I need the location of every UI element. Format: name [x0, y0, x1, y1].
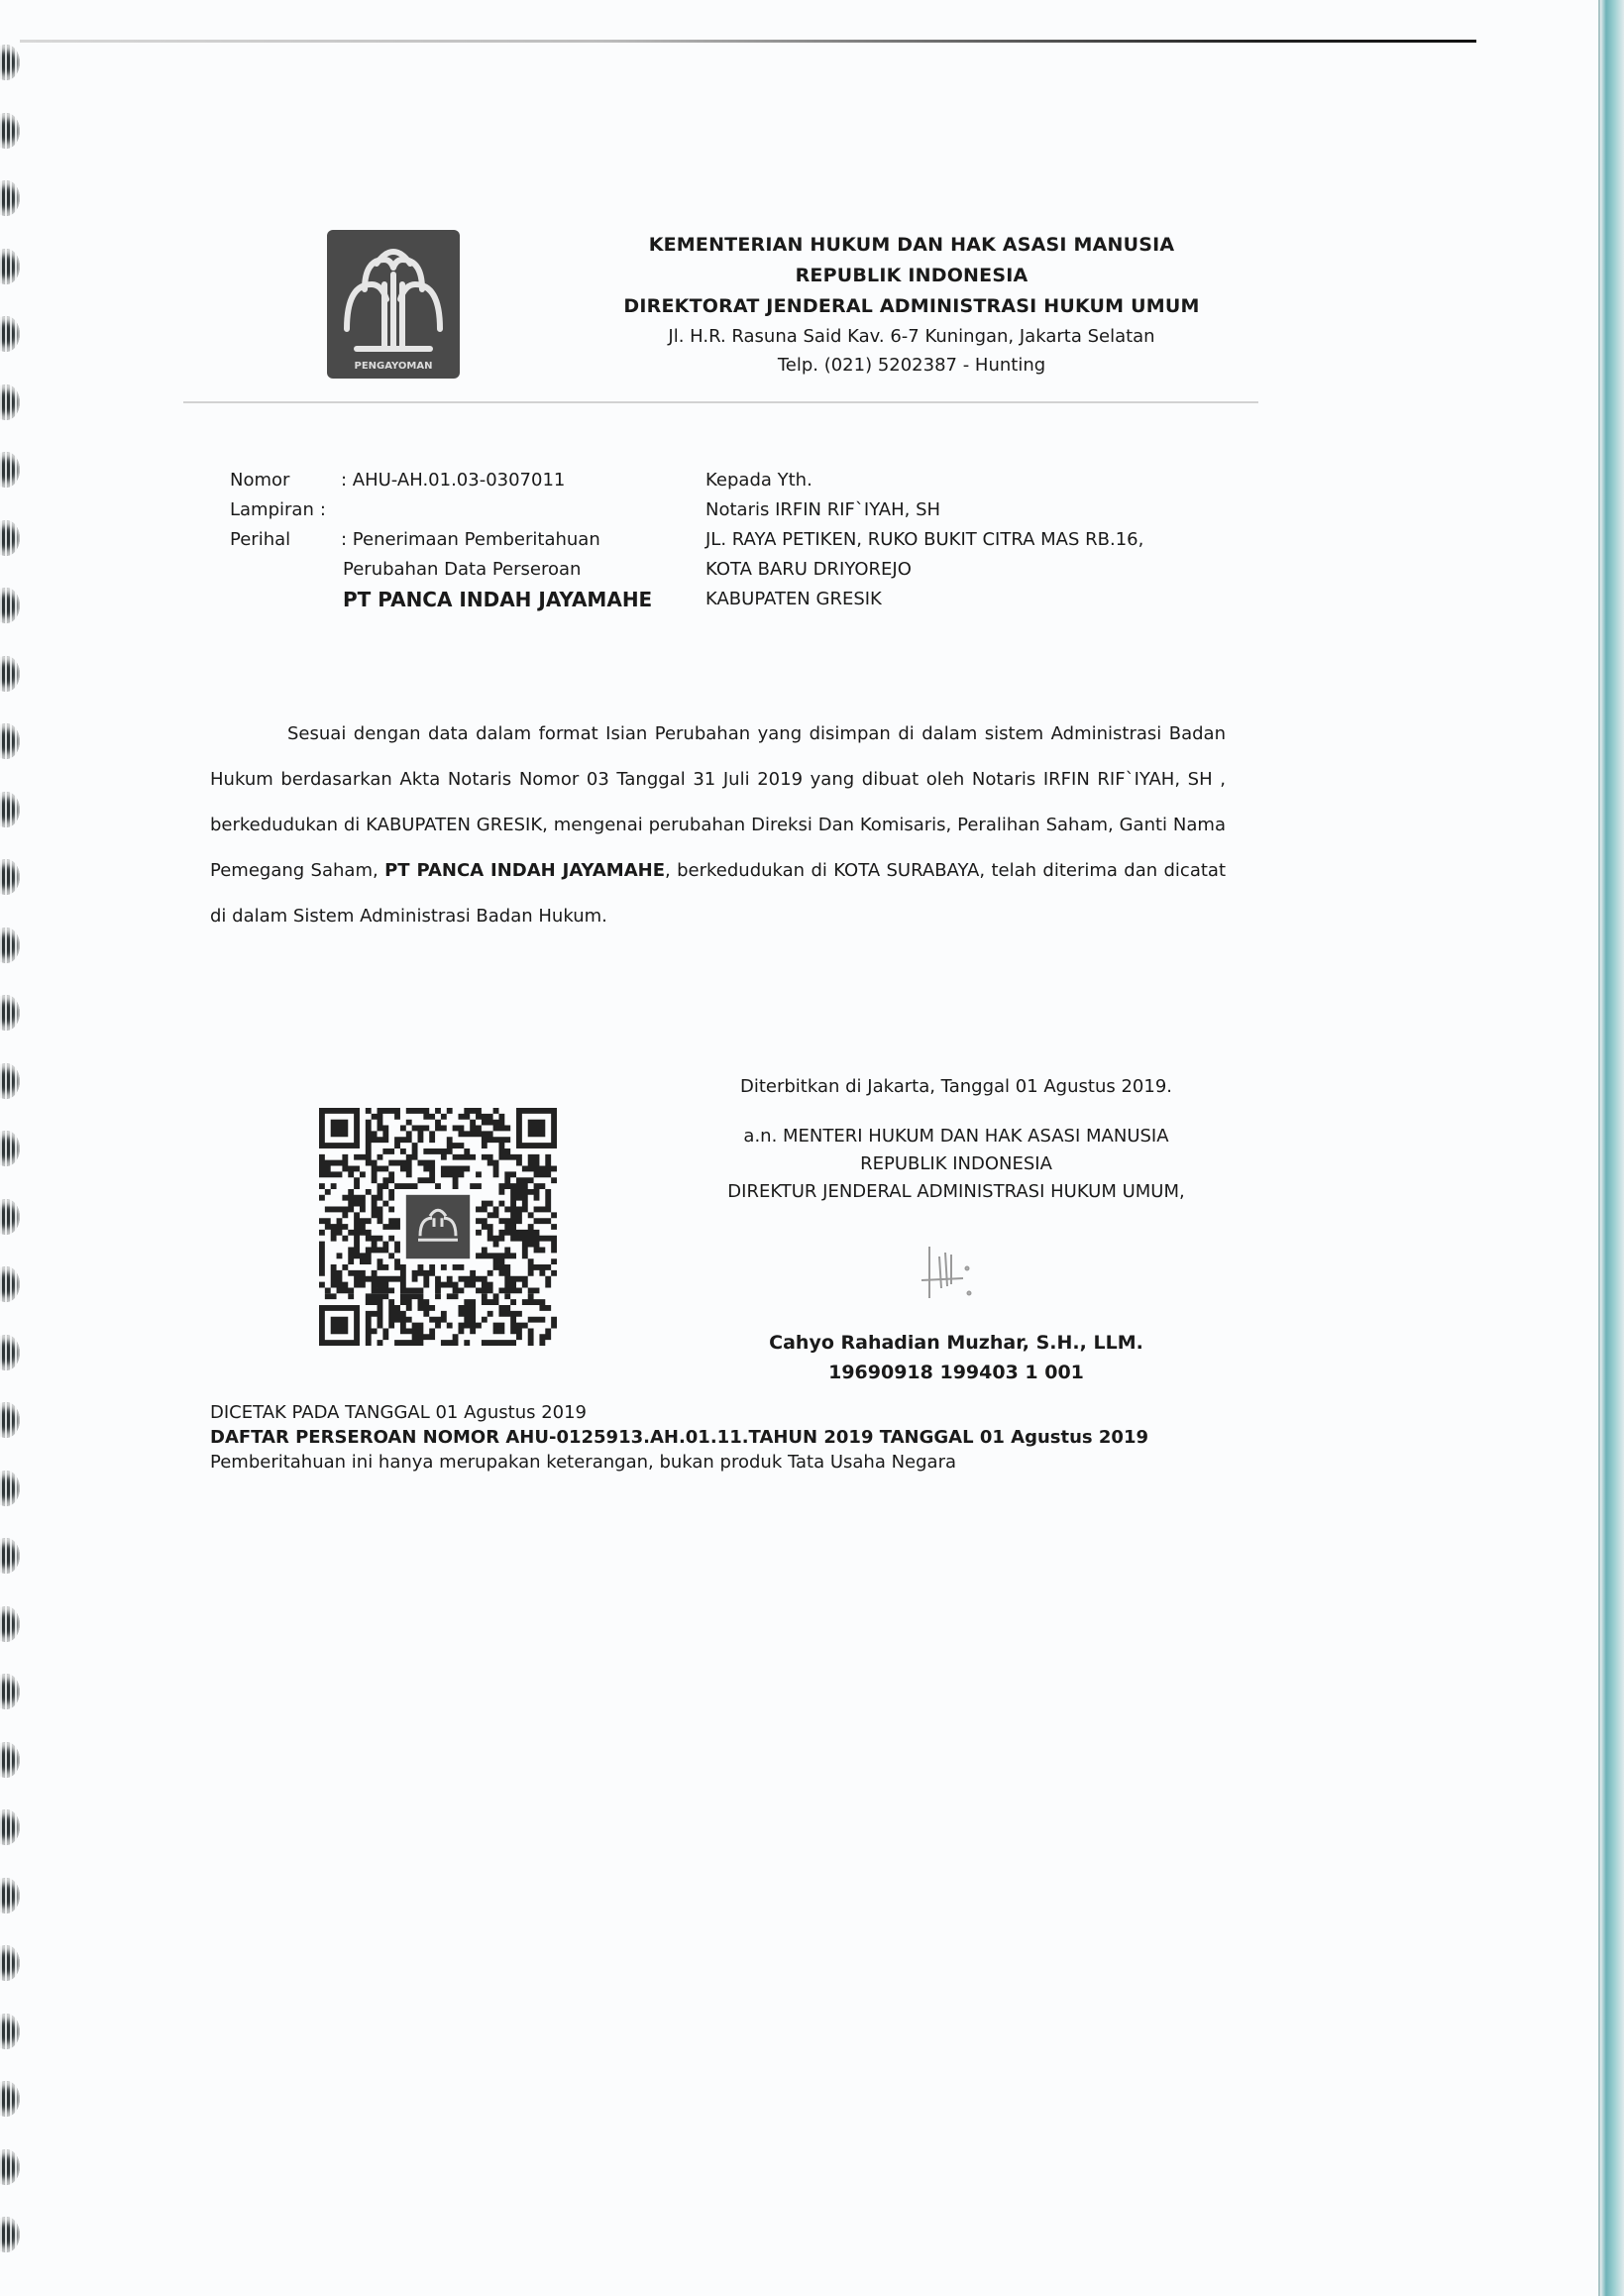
binding-ring — [0, 1742, 20, 1778]
binding-ring — [0, 2081, 20, 2117]
office-address: Jl. H.R. Rasuna Said Kav. 6-7 Kuningan, … — [555, 322, 1268, 351]
print-footer: DICETAK PADA TANGGAL 01 Agustus 2019 DAF… — [210, 1400, 1201, 1475]
on-behalf-line-3: DIREKTUR JENDERAL ADMINISTRASI HUKUM UMU… — [694, 1178, 1219, 1206]
binding-ring — [0, 249, 20, 284]
binding-ring — [0, 1131, 20, 1166]
binding-ring — [0, 1266, 20, 1302]
recipient-address-2: KOTA BARU DRIYOREJO — [705, 555, 1143, 585]
subject-line-2: Perubahan Data Perseroan — [230, 555, 652, 585]
recipient-salutation: Kepada Yth. — [705, 466, 1143, 495]
binding-ring — [0, 520, 20, 556]
binding-ring — [0, 1402, 20, 1438]
binding-ring — [0, 1945, 20, 1981]
issuance-block: Diterbitkan di Jakarta, Tanggal 01 Agust… — [694, 1073, 1219, 1206]
binding-ring — [0, 384, 20, 420]
binding-ring — [0, 2149, 20, 2185]
binding-ring — [0, 1063, 20, 1099]
binding-ring — [0, 1538, 20, 1574]
letter-meta: Nomor : AHU-AH.01.03-0307011 Lampiran : … — [230, 466, 652, 614]
body-part-1: Sesuai dengan data dalam format Isian Pe… — [210, 723, 1226, 881]
binding-ring — [0, 2014, 20, 2049]
scan-top-rule — [20, 40, 1476, 43]
binding-ring — [0, 588, 20, 623]
pengayoman-tree-icon: PENGAYOMAN — [327, 230, 460, 379]
recipient-block: Kepada Yth. Notaris IRFIN RIF`IYAH, SH J… — [705, 466, 1143, 614]
body-company: PT PANCA INDAH JAYAMAHE — [384, 860, 665, 881]
binding-ring — [0, 928, 20, 963]
binding-ring — [0, 1335, 20, 1370]
binding-ring — [0, 1471, 20, 1506]
svg-text:PENGAYOMAN: PENGAYOMAN — [355, 361, 433, 372]
binder-edge-strip — [1600, 0, 1624, 2296]
signature-icon — [912, 1239, 981, 1308]
office-phone: Telp. (021) 5202387 - Hunting — [555, 351, 1268, 380]
recipient-address-3: KABUPATEN GRESIK — [705, 585, 1143, 614]
binding-ring — [0, 723, 20, 759]
letter-body: Sesuai dengan data dalam format Isian Pe… — [210, 711, 1226, 939]
directorate-name: DIREKTORAT JENDERAL ADMINISTRASI HUKUM U… — [555, 291, 1268, 322]
binding-ring — [0, 1199, 20, 1235]
binding-ring — [0, 1878, 20, 1913]
letter-number: : AHU-AH.01.03-0307011 — [329, 466, 565, 495]
spiral-binding — [0, 0, 24, 2296]
binding-ring — [0, 45, 20, 80]
recipient-address-1: JL. RAYA PETIKEN, RUKO BUKIT CITRA MAS R… — [705, 525, 1143, 555]
subject-company: PT PANCA INDAH JAYAMAHE — [230, 585, 652, 614]
binding-ring — [0, 180, 20, 216]
country-name: REPUBLIK INDONESIA — [555, 261, 1268, 291]
attachment-value: : — [314, 495, 326, 525]
printed-on: DICETAK PADA TANGGAL 01 Agustus 2019 — [210, 1400, 1201, 1425]
disclaimer: Pemberitahuan ini hanya merupakan ketera… — [210, 1450, 1201, 1475]
registry-number: DAFTAR PERSEROAN NOMOR AHU-0125913.AH.01… — [210, 1425, 1201, 1450]
binding-ring — [0, 1809, 20, 1845]
signer-block: Cahyo Rahadian Muzhar, S.H., LLM. 196909… — [694, 1328, 1219, 1387]
binding-ring — [0, 656, 20, 692]
binding-ring — [0, 859, 20, 895]
on-behalf-line-2: REPUBLIK INDONESIA — [694, 1150, 1219, 1178]
number-label: Nomor — [230, 466, 329, 495]
qr-code-icon — [319, 1108, 557, 1346]
binding-ring — [0, 2217, 20, 2252]
ministry-name: KEMENTERIAN HUKUM DAN HAK ASASI MANUSIA — [555, 230, 1268, 261]
binding-ring — [0, 316, 20, 352]
attachment-label: Lampiran — [230, 495, 314, 525]
subject-line-1: : Penerimaan Pemberitahuan — [329, 525, 600, 555]
letterhead: KEMENTERIAN HUKUM DAN HAK ASASI MANUSIA … — [555, 230, 1268, 380]
signer-nip: 19690918 199403 1 001 — [694, 1358, 1219, 1387]
subject-label: Perihal — [230, 525, 329, 555]
signer-name: Cahyo Rahadian Muzhar, S.H., LLM. — [694, 1328, 1219, 1358]
binding-ring — [0, 792, 20, 827]
on-behalf-line-1: a.n. MENTERI HUKUM DAN HAK ASASI MANUSIA — [694, 1123, 1219, 1150]
binding-ring — [0, 995, 20, 1031]
binding-ring — [0, 1674, 20, 1709]
binding-ring — [0, 113, 20, 149]
issue-place-date: Diterbitkan di Jakarta, Tanggal 01 Agust… — [694, 1073, 1219, 1101]
binding-ring — [0, 452, 20, 488]
letterhead-divider — [183, 401, 1258, 403]
binding-ring — [0, 1606, 20, 1642]
recipient-name: Notaris IRFIN RIF`IYAH, SH — [705, 495, 1143, 525]
